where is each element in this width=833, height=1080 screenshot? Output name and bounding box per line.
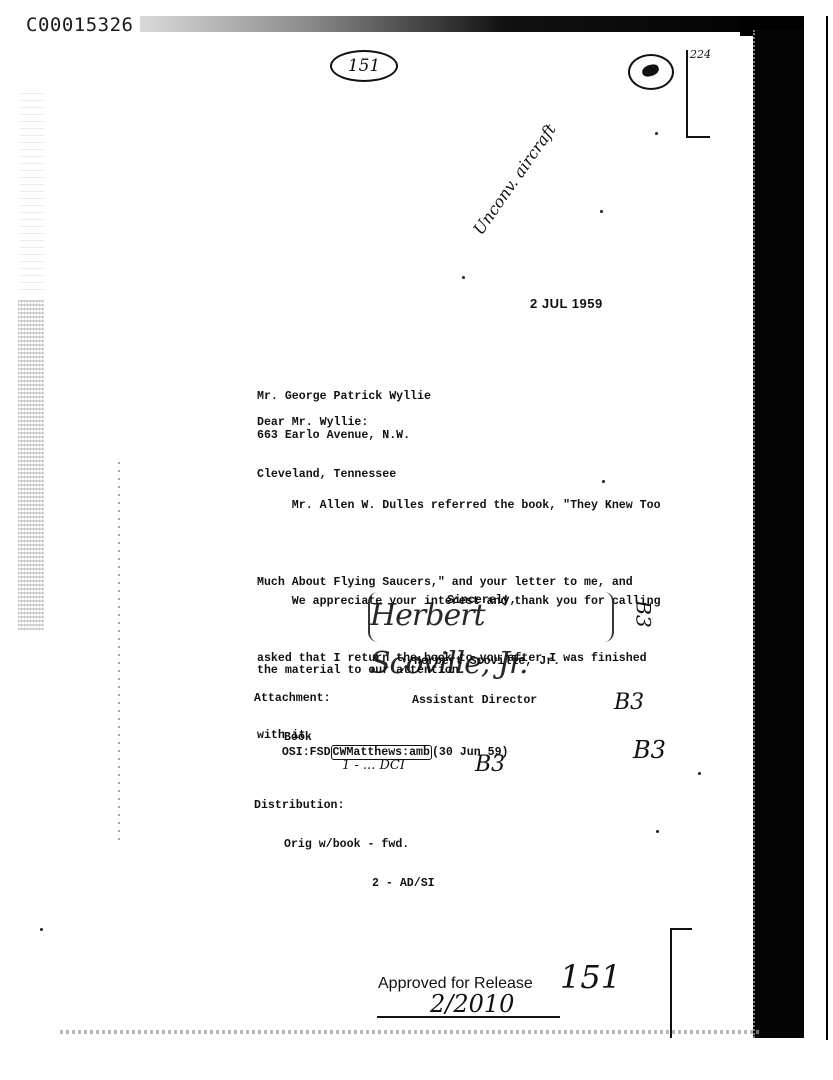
redaction-code: B3 — [614, 690, 644, 715]
paragraph-line: Mr. Allen W. Dulles referred the book, "… — [257, 493, 661, 519]
scan-right-edge — [753, 30, 804, 1038]
scan-speck — [40, 928, 43, 931]
distribution-item: Orig w/book - fwd. — [284, 838, 508, 851]
corner-bracket-top — [686, 50, 710, 138]
scan-right-border — [826, 16, 828, 1040]
handwritten-distribution: 1 - ... DCI — [342, 758, 405, 773]
scan-top-edge — [140, 16, 804, 32]
signer-name: Herbert Scoville, Jr. — [414, 655, 560, 668]
scan-speck — [462, 276, 465, 279]
circled-page-number: 151 — [330, 50, 398, 82]
recipient-name: Mr. George Patrick Wyllie — [257, 390, 431, 403]
handwritten-annotation: Unconv. aircraft — [470, 121, 559, 238]
originator-office: OSI:FSD — [282, 746, 331, 759]
distribution-label: Distribution: — [254, 799, 508, 812]
attachment-label: Attachment: — [254, 692, 331, 705]
scan-speck — [656, 830, 659, 833]
closing: Sincerely, — [447, 594, 517, 607]
handwritten-page-number: 151 — [560, 958, 621, 996]
release-date: 2/2010 — [430, 990, 514, 1018]
recipient-street: 663 Earlo Avenue, N.W. — [257, 429, 431, 442]
scan-bottom-edge — [60, 1030, 760, 1034]
scan-speck — [600, 210, 603, 213]
scan-speck — [655, 132, 658, 135]
redaction-code: B3 — [633, 736, 666, 764]
scan-dotted-line — [118, 460, 120, 840]
circled-ink-mark — [628, 54, 674, 90]
distribution-item: 2 - AD/SI — [372, 877, 508, 890]
letter-date: 2 JUL 1959 — [530, 296, 603, 311]
scan-speck — [602, 480, 605, 483]
redaction-code: B3 — [632, 600, 656, 627]
corner-number: 224 — [690, 48, 711, 61]
redaction-code: B3 — [475, 752, 505, 777]
corner-bracket-bottom — [670, 928, 692, 1038]
document-id: C00015326 — [26, 14, 133, 36]
originator-block: OSI:FSDCWMatthews:amb(30 Jun 59) Distrib… — [254, 706, 508, 903]
salutation: Dear Mr. Wyllie: — [257, 416, 368, 429]
scan-speck — [698, 772, 701, 775]
scan-left-speckle-upper — [20, 90, 44, 290]
scan-left-speckle — [18, 300, 44, 630]
release-underline — [377, 1016, 560, 1018]
